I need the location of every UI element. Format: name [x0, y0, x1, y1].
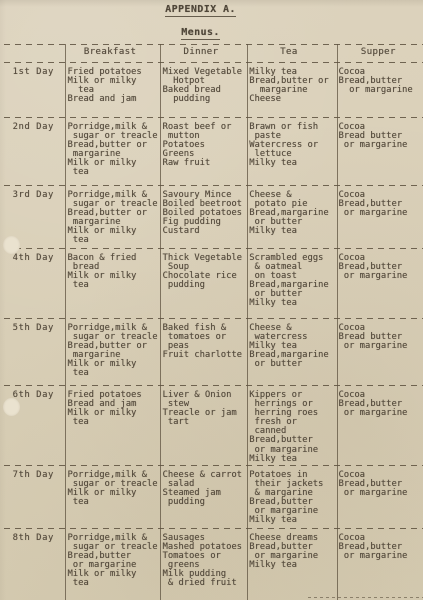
menu-cell-supper: Cocoa Bread,butter or margarine	[333, 528, 423, 600]
menu-cell-breakfast: Porridge,milk & sugar or treacle Bread,b…	[62, 528, 157, 600]
page-title: APPENDIX A.	[0, 4, 412, 15]
header-cell-supper: Supper	[333, 44, 423, 62]
row-rule	[4, 44, 423, 45]
table-header-row: Breakfast Dinner Tea Supper	[0, 44, 423, 62]
menu-cell-dinner: Savoury Mince Boiled beetroot Boiled pot…	[158, 185, 245, 248]
header-cell-day	[0, 44, 62, 62]
scanned-menu-document: APPENDIX A. Menus. Breakfast Dinner Tea …	[0, 0, 423, 600]
table-row: 7th Day Porridge,milk & sugar or treacle…	[0, 465, 423, 528]
day-label: 2nd Day	[0, 117, 62, 185]
page-subtitle: Menus.	[0, 27, 412, 38]
row-rule	[4, 62, 423, 63]
menu-cell-supper: Cocoa Bread,butter or margarine	[333, 248, 423, 318]
day-label: 5th Day	[0, 318, 62, 385]
table-row: 4th Day Bacon & fried bread Milk or milk…	[0, 248, 423, 318]
menu-cell-tea: Scrambled eggs & oatmeal on toast Bread,…	[244, 248, 333, 318]
menu-cell-dinner: Liver & Onion stew Treacle or jam tart	[158, 385, 245, 465]
menu-cell-breakfast: Porridge,milk & sugar or treacle Bread,b…	[62, 318, 157, 385]
row-rule	[4, 528, 423, 529]
menu-cell-breakfast: Porridge,milk & sugar or treacle Bread,b…	[62, 117, 157, 185]
menu-cell-supper: Cocoa Bread butter or margarine	[333, 117, 423, 185]
header-cell-tea: Tea	[244, 44, 333, 62]
menu-cell-tea: Potatoes in their jackets & margarine Br…	[244, 465, 333, 528]
menu-cell-supper: Cocoa Bread,butter or margarine	[333, 385, 423, 465]
menu-cell-dinner: Cheese & carrot salad Steamed jam puddin…	[158, 465, 245, 528]
menu-cell-dinner: Baked fish & tomatoes or peas Fruit char…	[158, 318, 245, 385]
day-label: 4th Day	[0, 248, 62, 318]
table-row: 6th Day Fried potatoes Bread and jam Mil…	[0, 385, 423, 465]
header-cell-dinner: Dinner	[158, 44, 245, 62]
menu-cell-supper: Cocoa Bread,butter or margarine	[333, 185, 423, 248]
menu-cell-breakfast: Bacon & fried bread Milk or milky tea	[62, 248, 157, 318]
row-rule	[4, 318, 423, 319]
header-cell-breakfast: Breakfast	[62, 44, 157, 62]
table-row: 5th Day Porridge,milk & sugar or treacle…	[0, 318, 423, 385]
column-rule	[65, 44, 66, 600]
document-header: APPENDIX A. Menus.	[0, 0, 412, 38]
menu-cell-dinner: Roast beef or mutton Potatoes Greens Raw…	[158, 117, 245, 185]
menu-cell-tea: Cheese & watercress Milky tea Bread,marg…	[244, 318, 333, 385]
row-rule	[4, 185, 423, 186]
menu-cell-supper: Cocoa Bread,butter or margarine	[333, 62, 423, 117]
column-rule	[337, 44, 338, 600]
menu-cell-dinner: Sausages Mashed potatoes Tomatoes or gre…	[158, 528, 245, 600]
table-row: 8th Day Porridge,milk & sugar or treacle…	[0, 528, 423, 600]
menu-cell-breakfast: Porridge,milk & sugar or treacle Milk or…	[62, 465, 157, 528]
menu-cell-tea: Kippers or herrings or herring roes fres…	[244, 385, 333, 465]
column-rule	[160, 44, 161, 600]
menu-cell-dinner: Mixed Vegetable Hotpot Baked bread puddi…	[158, 62, 245, 117]
menu-cell-dinner: Thick Vegetable Soup Chocolate rice pudd…	[158, 248, 245, 318]
day-label: 8th Day	[0, 528, 62, 600]
menu-cell-breakfast: Fried potatoes Milk or milky tea Bread a…	[62, 62, 157, 117]
day-label: 6th Day	[0, 385, 62, 465]
menu-cell-tea: Brawn or fish paste Watercress or lettuc…	[244, 117, 333, 185]
menu-cell-tea: Cheese & potato pie Bread,margarine or b…	[244, 185, 333, 248]
hole-punch-top	[3, 236, 20, 254]
hole-punch-bottom	[3, 398, 20, 416]
menu-table: Breakfast Dinner Tea Supper 1st Day Frie…	[0, 44, 423, 600]
menu-cell-breakfast: Fried potatoes Bread and jam Milk or mil…	[62, 385, 157, 465]
day-label: 7th Day	[0, 465, 62, 528]
table-row: 1st Day Fried potatoes Milk or milky tea…	[0, 62, 423, 117]
column-rule	[247, 44, 248, 600]
table-row: 2nd Day Porridge,milk & sugar or treacle…	[0, 117, 423, 185]
menu-cell-supper: Cocoa Bread,butter or margarine	[333, 465, 423, 528]
table-row: 3rd Day Porridge,milk & sugar or treacle…	[0, 185, 423, 248]
row-rule	[4, 465, 423, 466]
row-rule	[4, 248, 423, 249]
day-label: 1st Day	[0, 62, 62, 117]
row-rule	[4, 385, 423, 386]
menu-cell-tea: Milky tea Bread,butter or margarine Chee…	[244, 62, 333, 117]
menu-cell-tea: Cheese dreams Bread,butter or margarine …	[244, 528, 333, 600]
row-rule	[4, 117, 423, 118]
menu-cell-supper: Cocoa Bread butter or margarine	[333, 318, 423, 385]
menu-cell-breakfast: Porridge,milk & sugar or treacle Bread,b…	[62, 185, 157, 248]
row-rule-partial	[308, 597, 423, 598]
